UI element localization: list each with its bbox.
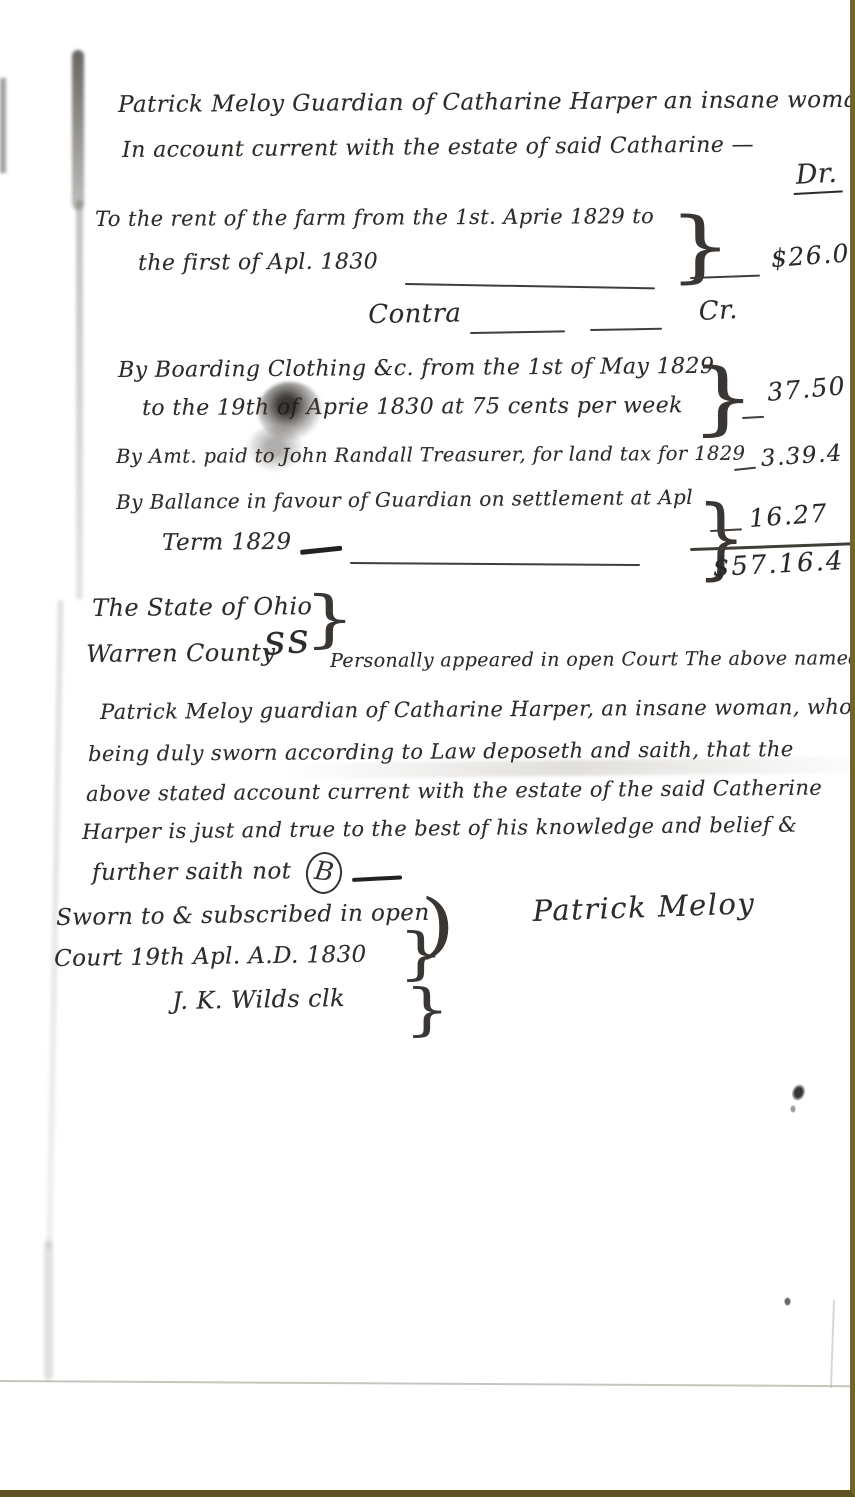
ruled-line <box>470 330 565 334</box>
coil-brace-icon: } <box>690 360 756 436</box>
ruled-line <box>405 283 655 289</box>
ruled-line <box>590 328 662 331</box>
attestation-line2: Court 19th Apl. A.D. 1830 <box>54 942 367 972</box>
contra-label: Contra <box>368 298 462 330</box>
coil-brace-icon: } <box>398 928 444 981</box>
credit3-line2: Term 1829 <box>162 529 292 556</box>
header-line2: In account current with the estate of sa… <box>122 132 754 163</box>
credit2-line1: By Amt. paid to John Randall Treasurer, … <box>116 442 745 468</box>
ink-speck <box>789 1082 807 1102</box>
ruled-line <box>734 467 756 471</box>
scanned-document-page: Patrick Meloy Guardian of Catharine Harp… <box>0 0 855 1497</box>
affidavit-intro: Personally appeared in open Court The ab… <box>330 647 855 672</box>
bold-stroke <box>300 546 342 555</box>
affidavit-body3: above stated account current with the es… <box>86 776 822 806</box>
debit-line1: To the rent of the farm from the 1st. Ap… <box>95 204 654 231</box>
credit3-amount: 16.27 <box>748 498 829 532</box>
affidavit-ss-mark: ss <box>262 613 312 665</box>
credit1-line1: By Boarding Clothing &c. from the 1st of… <box>118 354 714 383</box>
dr-label: Dr. <box>792 157 843 195</box>
paper-edge-line <box>0 1380 850 1387</box>
total-amount: $57.16.4 <box>712 546 845 583</box>
ink-speck <box>784 1297 791 1306</box>
credit1-amount: 37.50 <box>766 371 847 407</box>
ruled-line <box>350 562 640 566</box>
fold-crease-mid <box>76 200 83 600</box>
ink-speck <box>790 1105 796 1113</box>
attestation-line3: J. K. Wilds clk <box>172 984 345 1015</box>
debit-line2: the first of Apl. 1830 <box>138 249 378 276</box>
attestation-line1: Sworn to & subscribed in open <box>56 900 430 931</box>
header-line1: Patrick Meloy Guardian of Catharine Harp… <box>118 87 855 118</box>
affidavit-body5: further saith not <box>92 858 291 886</box>
affidavit-county-line: Warren County <box>86 638 276 668</box>
affidavit-body2: being duly sworn according to Law depose… <box>88 737 794 766</box>
fold-crease-top <box>72 50 84 210</box>
debit-amount: $26.00 <box>770 237 855 273</box>
paper-edge-line <box>830 1300 835 1388</box>
bold-stroke <box>352 875 402 882</box>
credit2-amount: 3.39.4 <box>760 440 844 472</box>
credit1-line2: to the 19th of Aprie 1830 at 75 cents pe… <box>142 393 683 421</box>
left-edge-mark <box>0 78 6 173</box>
coil-brace-icon: } <box>404 984 450 1037</box>
affidavit-body4: Harper is just and true to the best of h… <box>82 813 797 844</box>
attestation-signature: Patrick Meloy <box>532 886 756 928</box>
coil-brace-icon: } <box>304 590 355 649</box>
contra-cr-label: Cr. <box>698 295 738 327</box>
flourish-b-icon: B <box>303 850 344 897</box>
coil-brace-icon: } <box>668 210 733 284</box>
fold-crease-bottom <box>44 1240 53 1380</box>
credit3-line1: By Ballance in favour of Guardian on set… <box>116 485 693 514</box>
affidavit-body1: Patrick Meloy guardian of Catharine Harp… <box>100 695 852 724</box>
